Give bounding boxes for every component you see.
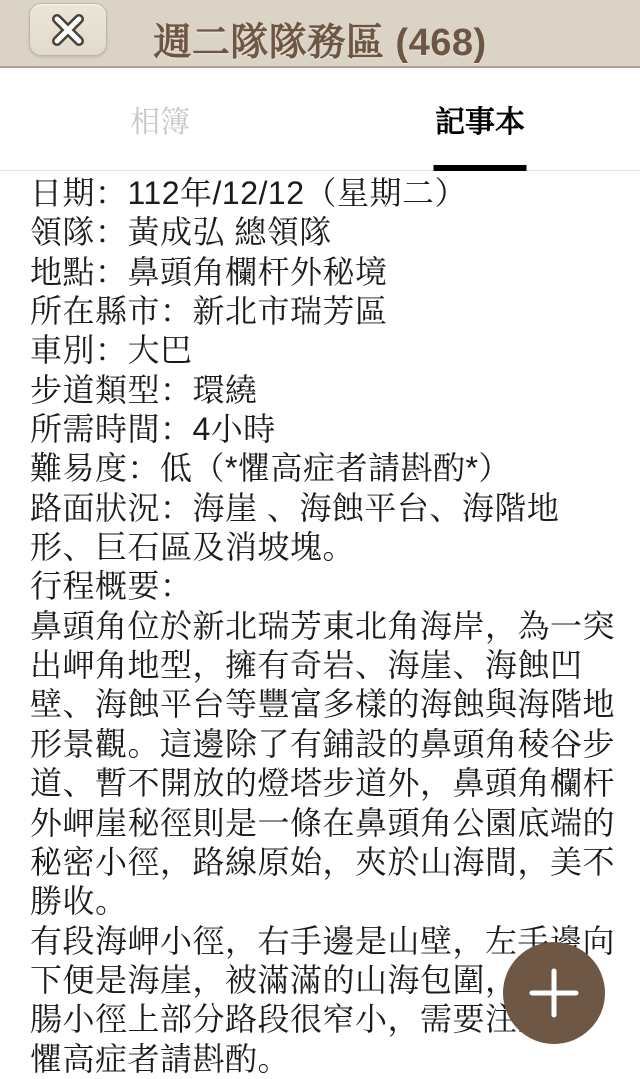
group-notes-screen: 週二隊隊務區 (468) 相簿 記事本 日期：112年/12/12（星期二）領隊… [0,0,640,1079]
tab-bar: 相簿 記事本 [0,68,640,171]
note-text-line: 步道類型：環繞 [30,371,640,410]
note-text-line: 勝收。 [30,882,640,921]
plus-icon [529,968,579,1018]
note-text-line: 出岬角地型，擁有奇岩、海崖、海蝕凹 [30,646,640,685]
header: 週二隊隊務區 (468) [0,0,640,68]
active-tab-indicator [434,165,527,171]
tab-notes-label: 記事本 [435,97,525,141]
note-text-line: 所在縣市：新北市瑞芳區 [30,292,640,331]
note-text-line: 行程概要： [30,567,640,606]
note-text-line: 地點：鼻頭角欄杆外秘境 [30,253,640,292]
note-text-line: 車別：大巴 [30,331,640,370]
create-post-button[interactable] [503,942,605,1044]
note-text-line: 鼻頭角位於新北瑞芳東北角海岸，為一突 [30,607,640,646]
note-text-line: 日期：112年/12/12（星期二） [30,174,640,213]
note-text-line: 形景觀。這邊除了有鋪設的鼻頭角稜谷步 [30,725,640,764]
note-text-line: 壁、海蝕平台等豐富多樣的海蝕與海階地 [30,685,640,724]
note-text-line: 秘密小徑，路線原始，夾於山海間，美不 [30,843,640,882]
note-text-line: 路面狀況：海崖 、海蝕平台、海階地 [30,489,640,528]
note-text-line: 懼高症者請斟酌。 [30,1040,640,1079]
tab-album[interactable]: 相簿 [0,68,320,170]
page-title: 週二隊隊務區 (468) [0,11,640,66]
note-text-line: 形、巨石區及消坡塊。 [30,528,640,567]
tab-notes[interactable]: 記事本 [320,68,640,170]
note-text-line: 所需時間：4小時 [30,410,640,449]
note-text-line: 外岬崖秘徑則是一條在鼻頭角公園底端的 [30,804,640,843]
note-text-line: 領隊：黃成弘 總領隊 [30,213,640,252]
tab-album-label: 相簿 [130,97,190,141]
note-text-line: 難易度：低（*懼高症者請斟酌*） [30,449,640,488]
note-text-line: 道、暫不開放的燈塔步道外，鼻頭角欄杆 [30,764,640,803]
